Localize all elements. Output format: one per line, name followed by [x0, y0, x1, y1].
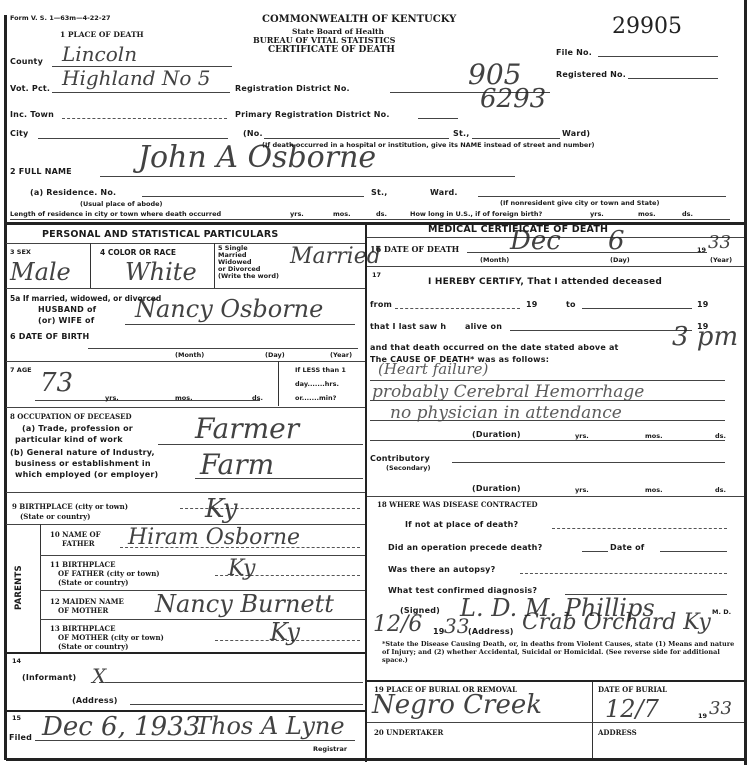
- rule: [278, 361, 279, 406]
- contracted-label: 18 WHERE WAS DISEASE CONTRACTED: [377, 500, 538, 509]
- rule: [367, 722, 744, 723]
- rule: [6, 492, 365, 493]
- industry-label-1: (b) General nature of Industry,: [10, 448, 155, 457]
- stamp-number: 29905: [612, 14, 682, 39]
- rule: [370, 400, 725, 401]
- age-yrs: yrs.: [105, 394, 119, 402]
- registrar-label: Registrar: [313, 745, 347, 753]
- physician-address-value: Crab Orchard Ky: [522, 610, 711, 635]
- father-bp-label-1: 11 BIRTHPLACE: [50, 560, 115, 569]
- age-mos: mos.: [175, 394, 193, 402]
- dod-label: 16 DATE OF DEATH: [370, 244, 459, 254]
- dod-day-caption: (Day): [610, 256, 630, 264]
- full-name-line: [100, 176, 515, 177]
- inc-town-label: Inc. Town: [10, 110, 54, 119]
- occurred-label: and that death occurred on the date stat…: [370, 343, 619, 352]
- cause-line-2: probably Cerebral Hemorrhage: [372, 382, 644, 402]
- no-line: [264, 138, 449, 139]
- certify-text: I HEREBY CERTIFY, That I attended deceas…: [428, 277, 662, 287]
- color-label: 4 COLOR OR RACE: [100, 248, 176, 257]
- residence-st-label: St.,: [371, 188, 387, 197]
- mother-bp-value: Ky: [270, 618, 300, 646]
- rule: [90, 243, 91, 288]
- undertaker-address-label: ADDRESS: [598, 728, 637, 737]
- contributory-label: Contributory: [370, 454, 430, 463]
- rule: [125, 324, 355, 325]
- signed-date: 12/6: [373, 612, 422, 637]
- age-ds: ds.: [252, 394, 263, 402]
- undertaker-label: 20 UNDERTAKER: [374, 728, 443, 737]
- residence-label: (a) Residence. No.: [30, 188, 116, 197]
- to-19: 19: [697, 300, 709, 309]
- left-border: [4, 15, 7, 760]
- less-min-label: or.......min?: [295, 394, 336, 402]
- burial-date-value: 12/7: [605, 695, 659, 723]
- rule: [660, 551, 727, 552]
- father-bp-value: Ky: [228, 556, 255, 581]
- residence-ward-line: [478, 196, 726, 197]
- rule: [367, 266, 744, 267]
- footnote: *State the Disease Causing Death, or, in…: [382, 640, 737, 664]
- alive-on-label: alive on: [465, 322, 502, 331]
- document-title: CERTIFICATE OF DEATH: [268, 45, 395, 55]
- inc-town-line: [62, 118, 227, 119]
- mother-bp-label-2: OF MOTHER (city or town): [58, 633, 164, 642]
- dob-year: (Year): [330, 351, 352, 359]
- spouse-label-2: HUSBAND of: [38, 305, 96, 314]
- md-label: M. D.: [712, 608, 731, 616]
- rule: [592, 682, 593, 760]
- duration-label-1: (Duration): [472, 430, 521, 439]
- mother-bp-label-1: 13 BIRTHPLACE: [50, 624, 115, 633]
- rule: [367, 680, 744, 682]
- reg-district-label: Registration District No.: [235, 84, 350, 93]
- vot-pct-line: [52, 92, 230, 93]
- signed-year-prefix: 19: [433, 627, 445, 636]
- rule: [6, 758, 365, 761]
- marital-labels: 5 Single Married Widowed or Divorced (Wr…: [218, 245, 279, 280]
- rule: [552, 528, 727, 529]
- birthplace-label-1: 9 BIRTHPLACE (city or town): [12, 502, 128, 511]
- age-value: 73: [40, 368, 73, 398]
- primary-reg-value: 6293: [480, 84, 546, 114]
- sex-label: 3 SEX: [10, 248, 31, 256]
- org-title: COMMONWEALTH OF KENTUCKY: [262, 14, 456, 25]
- filed-value: Dec 6, 1933: [42, 712, 200, 742]
- primary-reg-line: [418, 118, 458, 119]
- duration-1-ds: ds.: [715, 432, 726, 440]
- color-value: White: [125, 258, 197, 286]
- trade-label-2: particular kind of work: [15, 435, 123, 444]
- filed-label: Filed: [9, 733, 32, 742]
- to-label: to: [566, 300, 576, 309]
- right-border: [744, 0, 747, 765]
- place-of-death-label: 1 PLACE OF DEATH: [60, 30, 144, 39]
- registrar-signature: Thos A Lyne: [195, 712, 345, 740]
- occurred-value: 3 pm: [672, 322, 738, 352]
- burial-place-value: Negro Creek: [372, 690, 542, 720]
- rule: [452, 462, 725, 463]
- residence-ward-label: Ward.: [430, 188, 458, 197]
- birthplace-label-2: (State or country): [20, 512, 90, 521]
- rule: [520, 573, 727, 574]
- less-day-label: day.......hrs.: [295, 380, 339, 388]
- not-place-label: If not at place of death?: [405, 520, 518, 529]
- rule: [214, 243, 215, 288]
- residence-line: [142, 196, 364, 197]
- secondary-label: (Secondary): [386, 464, 430, 472]
- rule: [467, 252, 707, 253]
- st-label: St.,: [453, 129, 469, 138]
- father-bp-label-3: (State or country): [58, 578, 128, 587]
- rule: [40, 524, 41, 654]
- registered-no-line: [628, 78, 718, 79]
- county-value: Lincoln: [62, 42, 137, 66]
- from-19: 19: [526, 300, 538, 309]
- mother-label-2: OF MOTHER: [58, 606, 108, 615]
- dod-year-prefix: 19: [697, 246, 706, 254]
- county-label: County: [10, 57, 43, 66]
- rule: [35, 740, 355, 741]
- rule: [370, 380, 725, 381]
- dob-month: (Month): [175, 351, 204, 359]
- dod-month-value: Dec: [510, 226, 561, 256]
- operation-label: Did an operation precede death?: [388, 543, 542, 552]
- mother-bp-label-3: (State or country): [58, 642, 128, 651]
- duration-2-yrs: yrs.: [575, 486, 589, 494]
- registered-no-label: Registered No.: [556, 70, 626, 79]
- rule: [367, 496, 744, 497]
- rule: [130, 704, 363, 705]
- birthplace-value: Ky: [205, 494, 237, 524]
- rule: [105, 682, 363, 683]
- marital-label-5: (Write the word): [218, 273, 279, 280]
- dod-year-value: 33: [708, 232, 731, 253]
- father-value: Hiram Osborne: [128, 525, 300, 550]
- burial-year: 33: [709, 698, 732, 719]
- industry-label-2: business or establishment in: [15, 459, 151, 468]
- spouse-label-3: (or) WIFE of: [38, 316, 94, 325]
- sex-value: Male: [10, 258, 71, 286]
- length-ds: ds.: [376, 210, 387, 218]
- informant-label: (Informant): [22, 673, 76, 682]
- rule: [6, 361, 365, 362]
- informant-value: X: [92, 664, 106, 688]
- father-label-2: FATHER: [62, 539, 95, 548]
- rule: [510, 330, 692, 331]
- rule: [370, 440, 725, 441]
- less-than-1-label: If LESS than 1: [295, 366, 346, 374]
- informant-address-label: (Address): [72, 696, 118, 705]
- vot-pct-label: Vot. Pct.: [10, 84, 50, 93]
- dob-day: (Day): [265, 351, 285, 359]
- dod-day-value: 6: [608, 226, 625, 256]
- duration-label-2: (Duration): [472, 484, 521, 493]
- industry-value: Farm: [200, 448, 274, 481]
- occupation-label: 8 OCCUPATION OF DECEASED: [10, 412, 132, 421]
- file-no-line: [598, 56, 718, 57]
- age-label: 7 AGE: [10, 366, 32, 374]
- vot-pct-value: Highland No 5: [62, 66, 211, 90]
- physician-address-label: (Address): [468, 627, 514, 636]
- parents-side-label: PARENTS: [14, 565, 24, 610]
- rule: [370, 420, 725, 421]
- foreign-yrs: yrs.: [590, 210, 604, 218]
- rule: [6, 652, 365, 654]
- ward-label: Ward): [562, 129, 590, 138]
- burial-year-prefix: 19: [698, 712, 707, 720]
- primary-reg-label: Primary Registration District No.: [235, 110, 390, 119]
- mother-label-1: 12 MAIDEN NAME: [50, 597, 124, 606]
- length-yrs: yrs.: [290, 210, 304, 218]
- trade-label-1: (a) Trade, profession or: [22, 424, 133, 433]
- nonresident-note: (If nonresident give city or town and St…: [500, 199, 659, 207]
- filed-num: 15: [12, 714, 21, 722]
- from-label: from: [370, 300, 392, 309]
- length-line: [10, 219, 730, 220]
- section-divider-top: [6, 222, 744, 225]
- father-bp-label-2: OF FATHER (city or town): [58, 569, 160, 578]
- full-name-value: John A Osborne: [138, 140, 376, 175]
- duration-1-mos: mos.: [645, 432, 663, 440]
- foreign-mos: mos.: [638, 210, 656, 218]
- city-line: [38, 138, 228, 139]
- rule: [582, 551, 608, 552]
- length-residence-label: Length of residence in city or town wher…: [10, 210, 221, 218]
- no-label: (No.: [243, 129, 263, 138]
- foreign-birth-label: How long in U.S., if of foreign birth?: [410, 210, 542, 218]
- industry-label-3: which employed (or employer): [15, 470, 158, 479]
- file-no-label: File No.: [556, 48, 592, 57]
- rule: [6, 288, 365, 289]
- full-name-label: 2 FULL NAME: [10, 167, 72, 176]
- mother-value: Nancy Burnett: [155, 590, 334, 618]
- last-saw-label: that I last saw h: [370, 322, 446, 331]
- certify-num: 17: [372, 271, 381, 279]
- rule: [40, 619, 365, 620]
- rule: [6, 407, 365, 408]
- st-line: [472, 138, 560, 139]
- signed-year: 33: [444, 614, 469, 638]
- duration-2-mos: mos.: [645, 486, 663, 494]
- city-label: City: [10, 129, 28, 138]
- foreign-ds: ds.: [682, 210, 693, 218]
- dob-label: 6 DATE OF BIRTH: [10, 332, 89, 341]
- date-of-label: Date of: [610, 543, 644, 552]
- rule: [35, 400, 260, 401]
- duration-2-ds: ds.: [715, 486, 726, 494]
- spouse-value: Nancy Osborne: [135, 295, 323, 323]
- org-bureau: BUREAU OF VITAL STATISTICS: [253, 35, 395, 45]
- form-number: Form V. S. 1—63m—4-22-27: [10, 14, 111, 22]
- rule: [395, 308, 520, 309]
- cause-line-1: (Heart failure): [378, 360, 488, 378]
- dod-month-caption: (Month): [480, 256, 509, 264]
- personal-section-title: PERSONAL AND STATISTICAL PARTICULARS: [42, 229, 278, 240]
- duration-1-yrs: yrs.: [575, 432, 589, 440]
- autopsy-label: Was there an autopsy?: [388, 565, 495, 574]
- trade-value: Farmer: [195, 412, 299, 445]
- rule: [582, 308, 692, 309]
- length-mos: mos.: [333, 210, 351, 218]
- rule: [367, 758, 744, 761]
- dod-year-caption: (Year): [710, 256, 732, 264]
- rule: [40, 555, 365, 556]
- burial-date-label: DATE OF BURIAL: [598, 685, 667, 694]
- informant-num: 14: [12, 657, 21, 665]
- usual-place-note: (Usual place of abode): [80, 200, 163, 208]
- rule: [88, 348, 358, 349]
- father-label-1: 10 NAME OF: [50, 530, 101, 539]
